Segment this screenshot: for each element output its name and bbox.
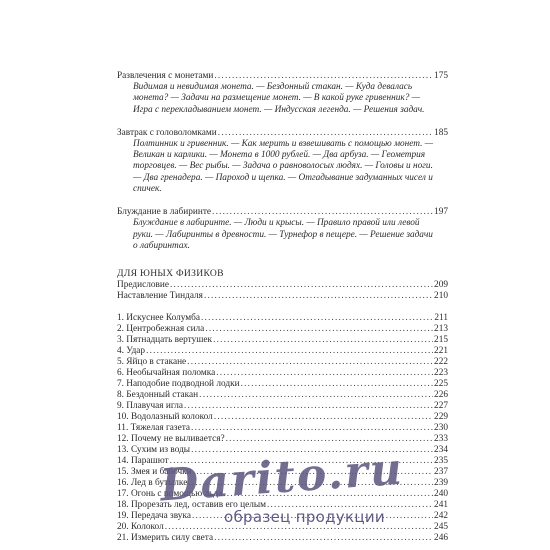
toc-entry: Блуждание в лабиринте197 bbox=[117, 207, 448, 218]
dot-leader bbox=[184, 401, 433, 412]
toc-entry: 6. Необычайная поломка223 bbox=[117, 368, 448, 379]
toc-entry: 2. Центробежная сила213 bbox=[117, 324, 448, 335]
toc-entry: 10. Водолазный колокол229 bbox=[117, 412, 448, 423]
page-number: 241 bbox=[434, 500, 448, 511]
dot-leader bbox=[214, 533, 433, 544]
entry-description: Блуждание в лабиринте. — Люди и крысы. —… bbox=[117, 218, 448, 252]
toc-entry: 19. Передача звука242 bbox=[117, 511, 448, 522]
toc-intro: Предисловие209Наставление Тиндаля210 bbox=[117, 280, 448, 302]
entry-title: 3. Пятнадцать вертушек bbox=[117, 335, 212, 346]
page-number: 197 bbox=[434, 207, 448, 218]
page-number: 246 bbox=[434, 533, 448, 544]
page-number: 227 bbox=[434, 401, 448, 412]
page-number: 239 bbox=[434, 478, 448, 489]
toc-entry: 20. Колокол245 bbox=[117, 522, 448, 533]
dot-leader bbox=[191, 445, 433, 456]
toc-entry: 5. Яйцо в стакане222 bbox=[117, 357, 448, 368]
dot-leader bbox=[241, 379, 433, 390]
toc-entry: Развлечения с монетами175 bbox=[117, 71, 448, 82]
toc-items: 1. Искуснее Колумба2112. Центробежная си… bbox=[117, 313, 448, 544]
entry-title: 1. Искуснее Колумба bbox=[117, 313, 200, 324]
entry-title: 16. Лед в бутылке bbox=[117, 478, 187, 489]
entry-title: 6. Необычайная поломка bbox=[117, 368, 215, 379]
dot-leader bbox=[191, 423, 433, 434]
entry-title: 12. Почему не выливается? bbox=[117, 434, 225, 445]
page-number: 225 bbox=[434, 379, 448, 390]
entry-description: Полтинник и гривенник. — Как мерить и вз… bbox=[117, 139, 448, 195]
page-number: 222 bbox=[434, 357, 448, 368]
page-number: 213 bbox=[434, 324, 448, 335]
toc-entry: Завтрак с головоломками185 bbox=[117, 128, 448, 139]
page-number: 211 bbox=[434, 313, 448, 324]
page-number: 230 bbox=[434, 423, 448, 434]
entry-title: 8. Бездонный стакан bbox=[117, 390, 198, 401]
toc-entry: 9. Плавучая игла227 bbox=[117, 401, 448, 412]
entry-title: Развлечения с монетами bbox=[117, 71, 213, 82]
dot-leader bbox=[192, 511, 433, 522]
page-number: 215 bbox=[434, 335, 448, 346]
page-number: 175 bbox=[434, 71, 448, 82]
entry-title: 4. Удар bbox=[117, 346, 145, 357]
toc-entry: 12. Почему не выливается?233 bbox=[117, 434, 448, 445]
entry-title: 5. Яйцо в стакане bbox=[117, 357, 186, 368]
dot-leader bbox=[214, 71, 433, 82]
entry-title: 14. Парашют bbox=[117, 456, 169, 467]
toc-entry: 15. Змея и бабочки237 bbox=[117, 467, 448, 478]
toc-entry: 7. Наподобие подводной лодки225 bbox=[117, 379, 448, 390]
entry-title: 11. Тяжелая газета bbox=[117, 423, 190, 434]
entry-title: 9. Плавучая игла bbox=[117, 401, 183, 412]
page-number: 185 bbox=[434, 128, 448, 139]
toc-entry: 16. Лед в бутылке239 bbox=[117, 478, 448, 489]
toc-entry: 14. Парашют235 bbox=[117, 456, 448, 467]
dot-leader bbox=[213, 335, 433, 346]
entry-title: 10. Водолазный колокол bbox=[117, 412, 213, 423]
page-number: 237 bbox=[434, 467, 448, 478]
toc-entry: 3. Пятнадцать вертушек215 bbox=[117, 335, 448, 346]
entry-title: 13. Сухим из воды bbox=[117, 445, 190, 456]
dot-leader bbox=[216, 368, 433, 379]
entry-title: 15. Змея и бабочки bbox=[117, 467, 192, 478]
entry-title: 21. Измерить силу света bbox=[117, 533, 213, 544]
dot-leader bbox=[201, 313, 433, 324]
page-number: 240 bbox=[434, 489, 448, 500]
dot-leader bbox=[214, 412, 433, 423]
dot-leader bbox=[218, 128, 433, 139]
entry-title: 2. Центробежная сила bbox=[117, 324, 204, 335]
page-number: 210 bbox=[434, 291, 448, 302]
dot-leader bbox=[188, 478, 433, 489]
page-number: 223 bbox=[434, 368, 448, 379]
page-number: 233 bbox=[434, 434, 448, 445]
dot-leader bbox=[205, 324, 433, 335]
entry-title: Блуждание в лабиринте bbox=[117, 207, 211, 218]
section-title: ДЛЯ ЮНЫХ ФИЗИКОВ bbox=[117, 268, 448, 279]
entry-title: 18. Прорезать лед, оставив его целым bbox=[117, 500, 266, 511]
dot-leader bbox=[146, 346, 433, 357]
toc-entry: 1. Искуснее Колумба211 bbox=[117, 313, 448, 324]
toc-group-entertainment: Развлечения с монетами175Видимая и невид… bbox=[117, 71, 448, 264]
dot-leader bbox=[226, 434, 433, 445]
dot-leader bbox=[212, 207, 433, 218]
toc-entry: 13. Сухим из воды234 bbox=[117, 445, 448, 456]
dot-leader bbox=[170, 280, 433, 291]
toc-entry: Предисловие209 bbox=[117, 280, 448, 291]
entry-description: Видимая и невидимая монета. — Бездонный … bbox=[117, 82, 448, 116]
page-number: 242 bbox=[434, 511, 448, 522]
dot-leader bbox=[165, 522, 433, 533]
toc-entry: 8. Бездонный стакан226 bbox=[117, 390, 448, 401]
entry-title: Предисловие bbox=[117, 280, 169, 291]
entry-title: 7. Наподобие подводной лодки bbox=[117, 379, 240, 390]
toc-entry: 18. Прорезать лед, оставив его целым241 bbox=[117, 500, 448, 511]
toc-entry: 4. Удар221 bbox=[117, 346, 448, 357]
page-number: 209 bbox=[434, 280, 448, 291]
toc-entry: 11. Тяжелая газета230 bbox=[117, 423, 448, 434]
toc-entry: 21. Измерить силу света246 bbox=[117, 533, 448, 544]
entry-title: 19. Передача звука bbox=[117, 511, 191, 522]
entry-title: Завтрак с головоломками bbox=[117, 128, 217, 139]
table-of-contents: Развлечения с монетами175Видимая и невид… bbox=[117, 71, 448, 544]
toc-entry: 17. Огонь с помощью льда240 bbox=[117, 489, 448, 500]
dot-leader bbox=[170, 456, 433, 467]
dot-leader bbox=[193, 467, 433, 478]
dot-leader bbox=[204, 291, 433, 302]
entry-title: 20. Колокол bbox=[117, 522, 164, 533]
page-number: 226 bbox=[434, 390, 448, 401]
entry-title: 17. Огонь с помощью льда bbox=[117, 489, 222, 500]
dot-leader bbox=[267, 500, 433, 511]
entry-title: Наставление Тиндаля bbox=[117, 291, 203, 302]
page-number: 234 bbox=[434, 445, 448, 456]
page-number: 221 bbox=[434, 346, 448, 357]
dot-leader bbox=[223, 489, 433, 500]
dot-leader bbox=[187, 357, 433, 368]
page-number: 235 bbox=[434, 456, 448, 467]
dot-leader bbox=[199, 390, 433, 401]
toc-entry: Наставление Тиндаля210 bbox=[117, 291, 448, 302]
page-number: 229 bbox=[434, 412, 448, 423]
page-number: 245 bbox=[434, 522, 448, 533]
